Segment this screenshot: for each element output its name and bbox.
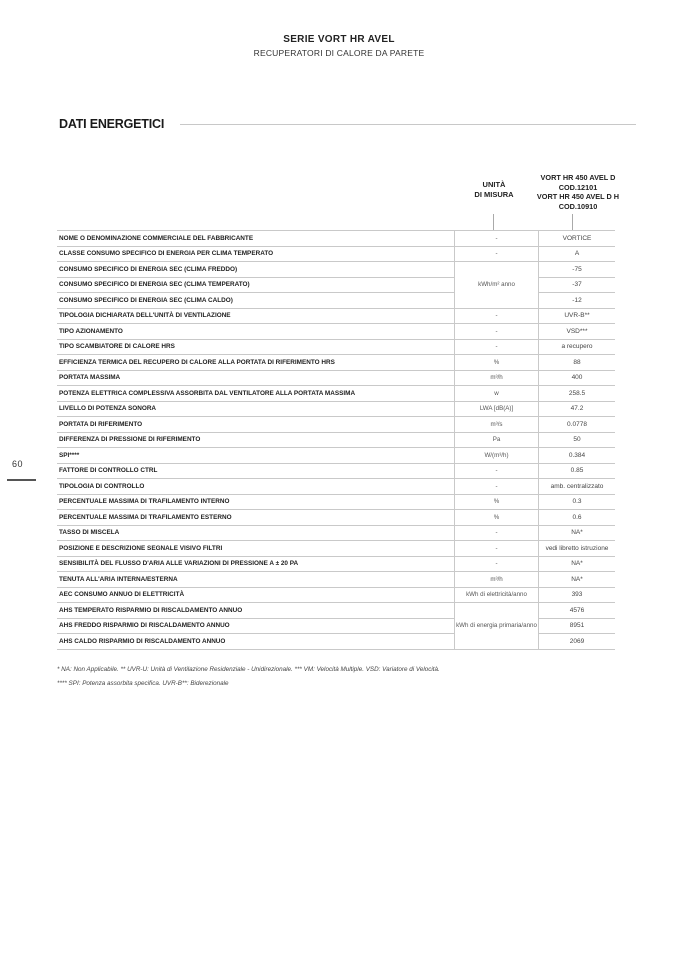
row-unit: - — [455, 541, 539, 557]
row-value: 0.6 — [539, 510, 616, 526]
table-row: AEC CONSUMO ANNUO DI ELETTRICITÀkWh di e… — [57, 587, 615, 603]
row-unit: W/(m³/h) — [455, 448, 539, 464]
section-divider — [180, 124, 636, 125]
row-unit: - — [455, 463, 539, 479]
row-unit: - — [455, 324, 539, 340]
table-row: SENSIBILITÀ DEL FLUSSO D'ARIA ALLE VARIA… — [57, 556, 615, 572]
header-title: SERIE VORT HR AVEL — [0, 34, 678, 45]
footnote-line: * NA: Non Applicabile. ** UVR-U: Unità d… — [57, 663, 440, 677]
row-value: 400 — [539, 370, 616, 386]
table-row: TIPOLOGIA DICHIARATA DELL'UNITÀ DI VENTI… — [57, 308, 615, 324]
row-value: 258.5 — [539, 386, 616, 402]
row-value: VORTICE — [539, 231, 616, 247]
row-value: amb. centralizzato — [539, 479, 616, 495]
row-value: 50 — [539, 432, 616, 448]
row-unit: - — [455, 339, 539, 355]
row-value: 0.384 — [539, 448, 616, 464]
row-unit: LWA [dB(A)] — [455, 401, 539, 417]
row-label: CLASSE CONSUMO SPECIFICO DI ENERGIA PER … — [57, 246, 455, 262]
row-unit: - — [455, 479, 539, 495]
table-row: CLASSE CONSUMO SPECIFICO DI ENERGIA PER … — [57, 246, 615, 262]
row-value: -37 — [539, 277, 616, 293]
table-row: PERCENTUALE MASSIMA DI TRAFILAMENTO INTE… — [57, 494, 615, 510]
row-value: -12 — [539, 293, 616, 309]
row-value: a recupero — [539, 339, 616, 355]
table-row: TIPO AZIONAMENTO-VSD*** — [57, 324, 615, 340]
table-row: AHS TEMPERATO RISPARMIO DI RISCALDAMENTO… — [57, 603, 615, 619]
row-label: PORTATA MASSIMA — [57, 370, 455, 386]
row-label: POTENZA ELETTRICA COMPLESSIVA ASSORBITA … — [57, 386, 455, 402]
row-label: AHS TEMPERATO RISPARMIO DI RISCALDAMENTO… — [57, 603, 455, 619]
footnotes: * NA: Non Applicabile. ** UVR-U: Unità d… — [57, 663, 440, 691]
row-value: -75 — [539, 262, 616, 278]
row-value: 0.3 — [539, 494, 616, 510]
unit-header-line: DI MISURA — [452, 190, 536, 200]
row-label: AHS FREDDO RISPARMIO DI RISCALDAMENTO AN… — [57, 618, 455, 634]
row-label: AEC CONSUMO ANNUO DI ELETTRICITÀ — [57, 587, 455, 603]
row-label: DIFFERENZA DI PRESSIONE DI RIFERIMENTO — [57, 432, 455, 448]
model-header-tick — [572, 214, 573, 230]
row-label: FATTORE DI CONTROLLO CTRL — [57, 463, 455, 479]
row-label: TASSO DI MISCELA — [57, 525, 455, 541]
table-row: TASSO DI MISCELA-NA* — [57, 525, 615, 541]
row-label: TIPOLOGIA DI CONTROLLO — [57, 479, 455, 495]
row-label: POSIZIONE E DESCRIZIONE SEGNALE VISIVO F… — [57, 541, 455, 557]
row-unit: kWh/m² anno — [455, 262, 539, 309]
row-label: TIPO AZIONAMENTO — [57, 324, 455, 340]
footnote-line: **** SPI: Potenza assorbita specifica. U… — [57, 677, 440, 691]
row-label: SENSIBILITÀ DEL FLUSSO D'ARIA ALLE VARIA… — [57, 556, 455, 572]
section-title: DATI ENERGETICI — [59, 117, 164, 131]
row-unit: m³/s — [455, 417, 539, 433]
row-unit: % — [455, 355, 539, 371]
table-row: NOME O DENOMINAZIONE COMMERCIALE DEL FAB… — [57, 231, 615, 247]
row-label: TIPO SCAMBIATORE DI CALORE HRS — [57, 339, 455, 355]
row-unit: - — [455, 246, 539, 262]
page-number: 60 — [12, 459, 23, 469]
table-row: POTENZA ELETTRICA COMPLESSIVA ASSORBITA … — [57, 386, 615, 402]
row-unit: - — [455, 308, 539, 324]
energy-data-table: NOME O DENOMINAZIONE COMMERCIALE DEL FAB… — [57, 230, 615, 650]
row-value: 88 — [539, 355, 616, 371]
row-value: NA* — [539, 556, 616, 572]
row-label: CONSUMO SPECIFICO DI ENERGIA SEC (CLIMA … — [57, 277, 455, 293]
row-value: VSD*** — [539, 324, 616, 340]
unit-header-line: UNITÀ — [452, 180, 536, 190]
row-label: TENUTA ALL'ARIA INTERNA/ESTERNA — [57, 572, 455, 588]
row-label: PORTATA DI RIFERIMENTO — [57, 417, 455, 433]
row-value: 2069 — [539, 634, 616, 650]
row-unit: m³/h — [455, 370, 539, 386]
row-label: SPI**** — [57, 448, 455, 464]
model-header-line: VORT HR 450 AVEL D — [528, 173, 628, 183]
row-value: 393 — [539, 587, 616, 603]
model-header-line: COD.12101 — [528, 183, 628, 193]
row-unit: - — [455, 556, 539, 572]
model-column-header: VORT HR 450 AVEL D COD.12101 VORT HR 450… — [528, 173, 628, 211]
model-header-line: COD.10910 — [528, 202, 628, 212]
table-row: CONSUMO SPECIFICO DI ENERGIA SEC (CLIMA … — [57, 262, 615, 278]
row-unit: kWh di elettricità/anno — [455, 587, 539, 603]
table-row: LIVELLO DI POTENZA SONORALWA [dB(A)]47.2 — [57, 401, 615, 417]
table-row: TIPOLOGIA DI CONTROLLO-amb. centralizzat… — [57, 479, 615, 495]
row-value: vedi libretto istruzione — [539, 541, 616, 557]
row-label: EFFICIENZA TERMICA DEL RECUPERO DI CALOR… — [57, 355, 455, 371]
table-row: PORTATA DI RIFERIMENTOm³/s0.0778 — [57, 417, 615, 433]
row-unit: m³/h — [455, 572, 539, 588]
row-label: PERCENTUALE MASSIMA DI TRAFILAMENTO INTE… — [57, 494, 455, 510]
row-unit: % — [455, 494, 539, 510]
table-row: SPI****W/(m³/h)0.384 — [57, 448, 615, 464]
row-unit: - — [455, 525, 539, 541]
row-value: A — [539, 246, 616, 262]
row-unit: kWh di energia primaria/anno — [455, 603, 539, 650]
page-marker-bar — [7, 479, 36, 481]
table-row: PORTATA MASSIMAm³/h400 — [57, 370, 615, 386]
table-row: DIFFERENZA DI PRESSIONE DI RIFERIMENTOPa… — [57, 432, 615, 448]
table-row: TENUTA ALL'ARIA INTERNA/ESTERNAm³/hNA* — [57, 572, 615, 588]
table-row: PERCENTUALE MASSIMA DI TRAFILAMENTO ESTE… — [57, 510, 615, 526]
row-label: LIVELLO DI POTENZA SONORA — [57, 401, 455, 417]
row-label: AHS CALDO RISPARMIO DI RISCALDAMENTO ANN… — [57, 634, 455, 650]
unit-header-tick — [493, 214, 494, 230]
row-unit: Pa — [455, 432, 539, 448]
row-unit: % — [455, 510, 539, 526]
table-row: POSIZIONE E DESCRIZIONE SEGNALE VISIVO F… — [57, 541, 615, 557]
header-subtitle: RECUPERATORI DI CALORE DA PARETE — [0, 48, 678, 58]
row-value: UVR-B** — [539, 308, 616, 324]
table-row: TIPO SCAMBIATORE DI CALORE HRS-a recuper… — [57, 339, 615, 355]
row-value: 47.2 — [539, 401, 616, 417]
row-unit: - — [455, 231, 539, 247]
row-label: PERCENTUALE MASSIMA DI TRAFILAMENTO ESTE… — [57, 510, 455, 526]
table-row: FATTORE DI CONTROLLO CTRL-0.85 — [57, 463, 615, 479]
row-value: 0.85 — [539, 463, 616, 479]
row-label: TIPOLOGIA DICHIARATA DELL'UNITÀ DI VENTI… — [57, 308, 455, 324]
row-value: 8951 — [539, 618, 616, 634]
row-value: 0.0778 — [539, 417, 616, 433]
row-label: NOME O DENOMINAZIONE COMMERCIALE DEL FAB… — [57, 231, 455, 247]
row-label: CONSUMO SPECIFICO DI ENERGIA SEC (CLIMA … — [57, 262, 455, 278]
row-unit: w — [455, 386, 539, 402]
row-value: NA* — [539, 572, 616, 588]
table-row: EFFICIENZA TERMICA DEL RECUPERO DI CALOR… — [57, 355, 615, 371]
unit-column-header: UNITÀ DI MISURA — [452, 180, 536, 199]
row-value: 4576 — [539, 603, 616, 619]
row-value: NA* — [539, 525, 616, 541]
model-header-line: VORT HR 450 AVEL D H — [528, 192, 628, 202]
row-label: CONSUMO SPECIFICO DI ENERGIA SEC (CLIMA … — [57, 293, 455, 309]
